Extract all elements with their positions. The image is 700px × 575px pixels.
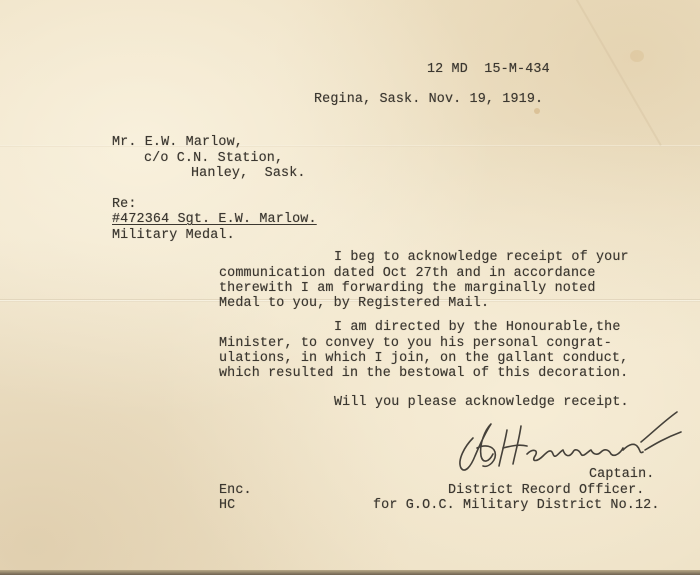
signer-title: District Record Officer. — [448, 483, 644, 499]
reference-number: 12 MD 15-M-434 — [427, 62, 550, 78]
subject-award: Military Medal. — [112, 228, 235, 244]
body-para2-line1: I am directed by the Honourable,the — [334, 320, 621, 336]
body-para2-line2: Minister, to convey to you his personal … — [219, 336, 612, 352]
signer-for-line: for G.O.C. Military District No.12. — [373, 498, 660, 514]
body-para1-line3: therewith I am forwarding the marginally… — [219, 281, 596, 297]
enclosure-notation: Enc. — [219, 483, 252, 499]
signer-rank: Captain. — [589, 467, 655, 483]
body-para2-line4: which resulted in the bestowal of this d… — [219, 366, 628, 382]
place-and-date: Regina, Sask. Nov. 19, 1919. — [314, 92, 543, 108]
re-label: Re: — [112, 197, 137, 213]
ink-spot — [534, 108, 540, 114]
letter-page: 12 MD 15-M-434 Regina, Sask. Nov. 19, 19… — [0, 0, 700, 575]
body-para1-line1: I beg to acknowledge receipt of your — [334, 250, 629, 266]
paper-fold — [0, 145, 700, 147]
addressee-name: Mr. E.W. Marlow, — [112, 135, 243, 151]
body-para2-line3: ulations, in which I join, on the gallan… — [219, 351, 628, 367]
torn-bottom-edge — [0, 570, 700, 575]
body-para1-line4: Medal to you, by Registered Mail. — [219, 296, 489, 312]
addressee-town: Hanley, Sask. — [191, 166, 306, 182]
paper-stain — [630, 50, 644, 62]
typist-initials: HC — [219, 498, 235, 514]
body-para1-line2: communication dated Oct 27th and in acco… — [219, 266, 596, 282]
paper-crease — [570, 0, 662, 146]
subject-soldier: #472364 Sgt. E.W. Marlow. — [112, 212, 317, 228]
addressee-care-of: c/o C.N. Station, — [144, 151, 283, 167]
